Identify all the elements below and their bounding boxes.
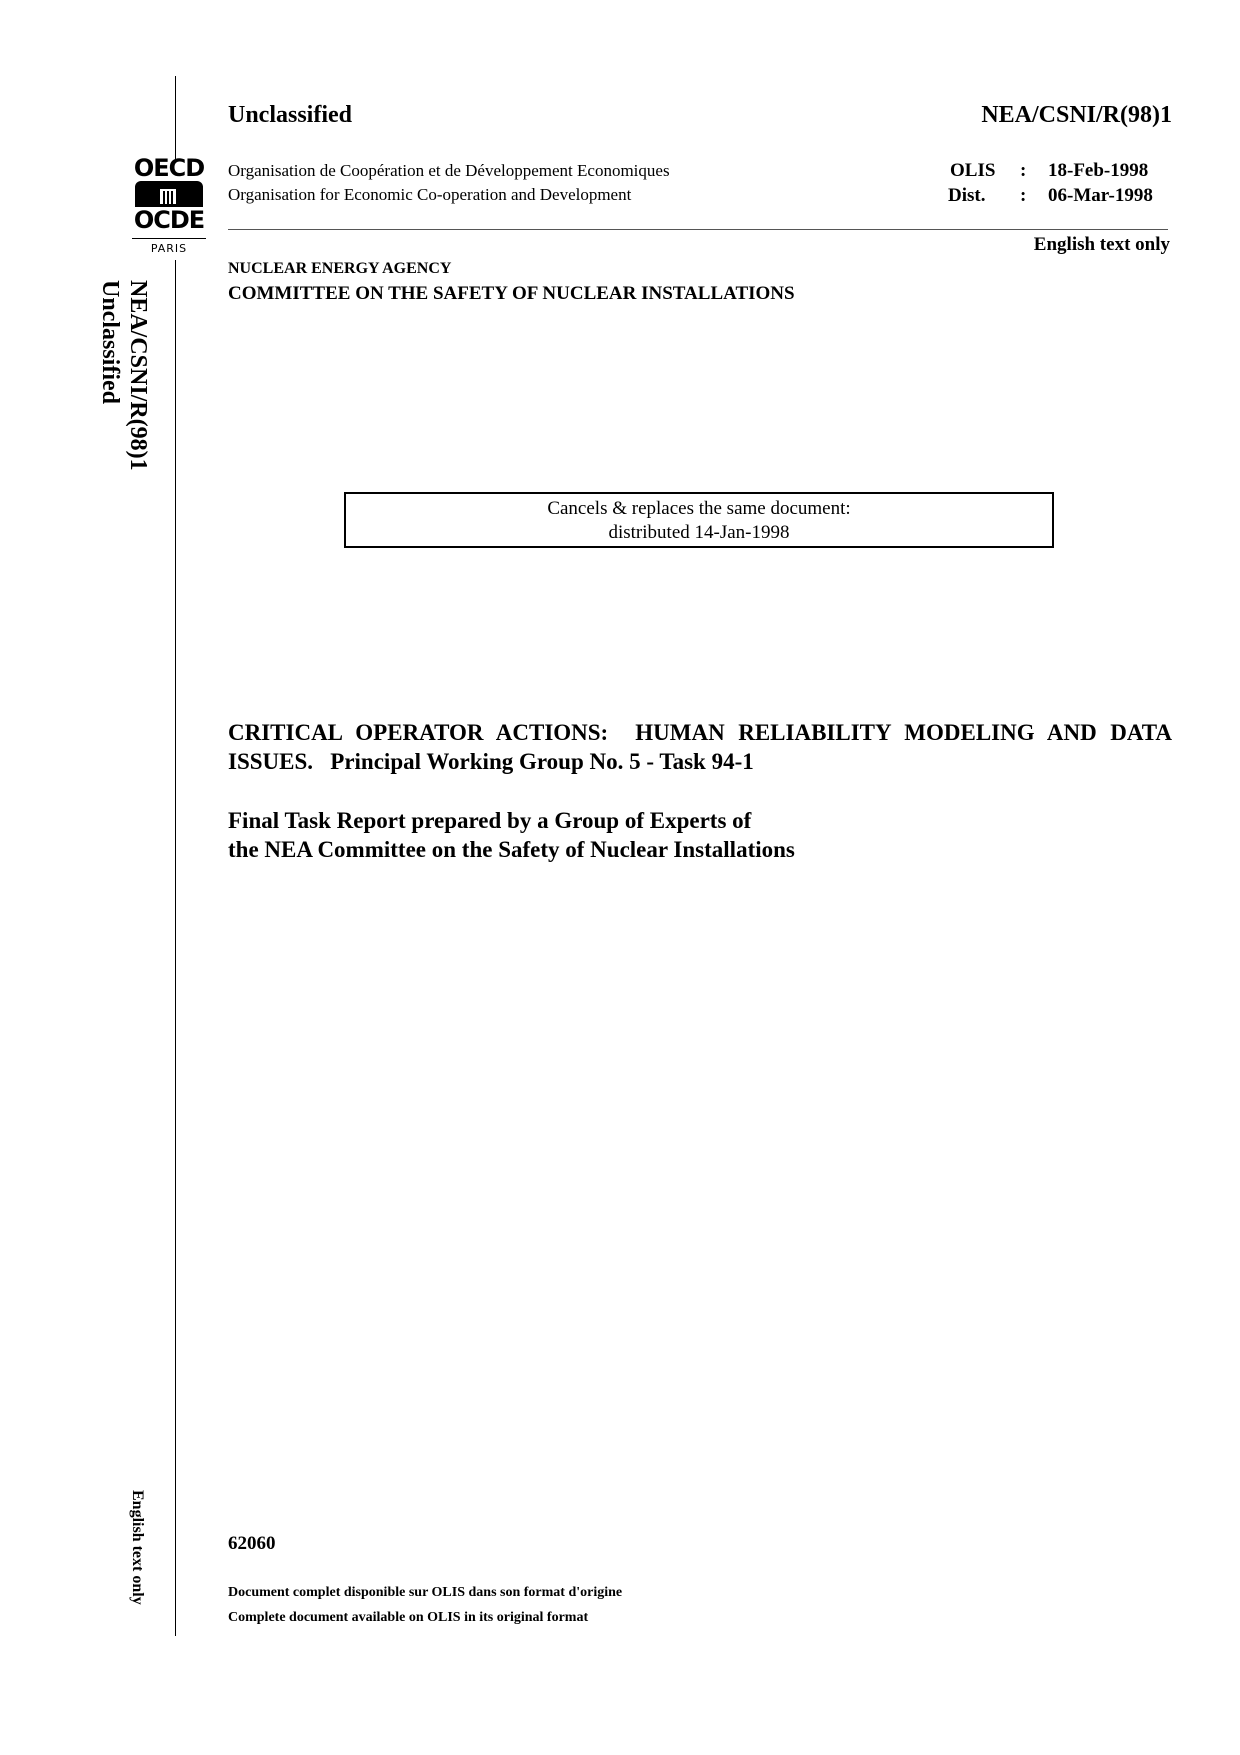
document-code: NEA/CSNI/R(98)1 xyxy=(981,102,1172,129)
document-number: 62060 xyxy=(228,1533,276,1555)
sidebar-classification: Unclassified xyxy=(96,280,123,404)
agency-name: NUCLEAR ENERGY AGENCY xyxy=(228,260,451,278)
sidebar-document-code: NEA/CSNI/R(98)1 xyxy=(124,280,151,471)
subtitle-line-1: Final Task Report prepared by a Group of… xyxy=(228,806,795,835)
subtitle-line-2: the NEA Committee on the Safety of Nucle… xyxy=(228,835,795,864)
footer-note-english: Complete document available on OLIS in i… xyxy=(228,1610,588,1626)
logo-oecd-text: OECD xyxy=(132,156,206,180)
header-rule xyxy=(228,229,1168,230)
dist-date: 06-Mar-1998 xyxy=(1048,185,1153,207)
document-title: CRITICAL OPERATOR ACTIONS: HUMAN RELIABI… xyxy=(228,718,1172,776)
olis-label: OLIS xyxy=(950,160,995,182)
dist-separator: : xyxy=(1020,185,1026,207)
document-subtitle: Final Task Report prepared by a Group of… xyxy=(228,806,795,864)
oecd-logo: OECD OCDE PARIS xyxy=(132,156,206,255)
language-note: English text only xyxy=(1034,234,1170,256)
notice-line-2: distributed 14-Jan-1998 xyxy=(346,521,1052,545)
olis-separator: : xyxy=(1020,160,1026,182)
footer-note-french: Document complet disponible sur OLIS dan… xyxy=(228,1585,622,1601)
margin-rule xyxy=(175,76,176,1636)
org-name-english: Organisation for Economic Co-operation a… xyxy=(228,185,631,205)
cancellation-notice: Cancels & replaces the same document: di… xyxy=(344,492,1054,548)
org-name-french: Organisation de Coopération et de Dévelo… xyxy=(228,161,670,181)
olis-date: 18-Feb-1998 xyxy=(1048,160,1148,182)
committee-name: COMMITTEE ON THE SAFETY OF NUCLEAR INSTA… xyxy=(228,283,795,305)
dist-label: Dist. xyxy=(948,185,985,207)
building-icon xyxy=(132,181,206,207)
logo-city: PARIS xyxy=(132,242,206,255)
logo-ocde-text: OCDE xyxy=(132,208,206,232)
logo-rule xyxy=(132,238,206,239)
sidebar-language-note: English text only xyxy=(128,1490,146,1605)
classification-heading: Unclassified xyxy=(228,102,352,129)
notice-line-1: Cancels & replaces the same document: xyxy=(346,497,1052,521)
